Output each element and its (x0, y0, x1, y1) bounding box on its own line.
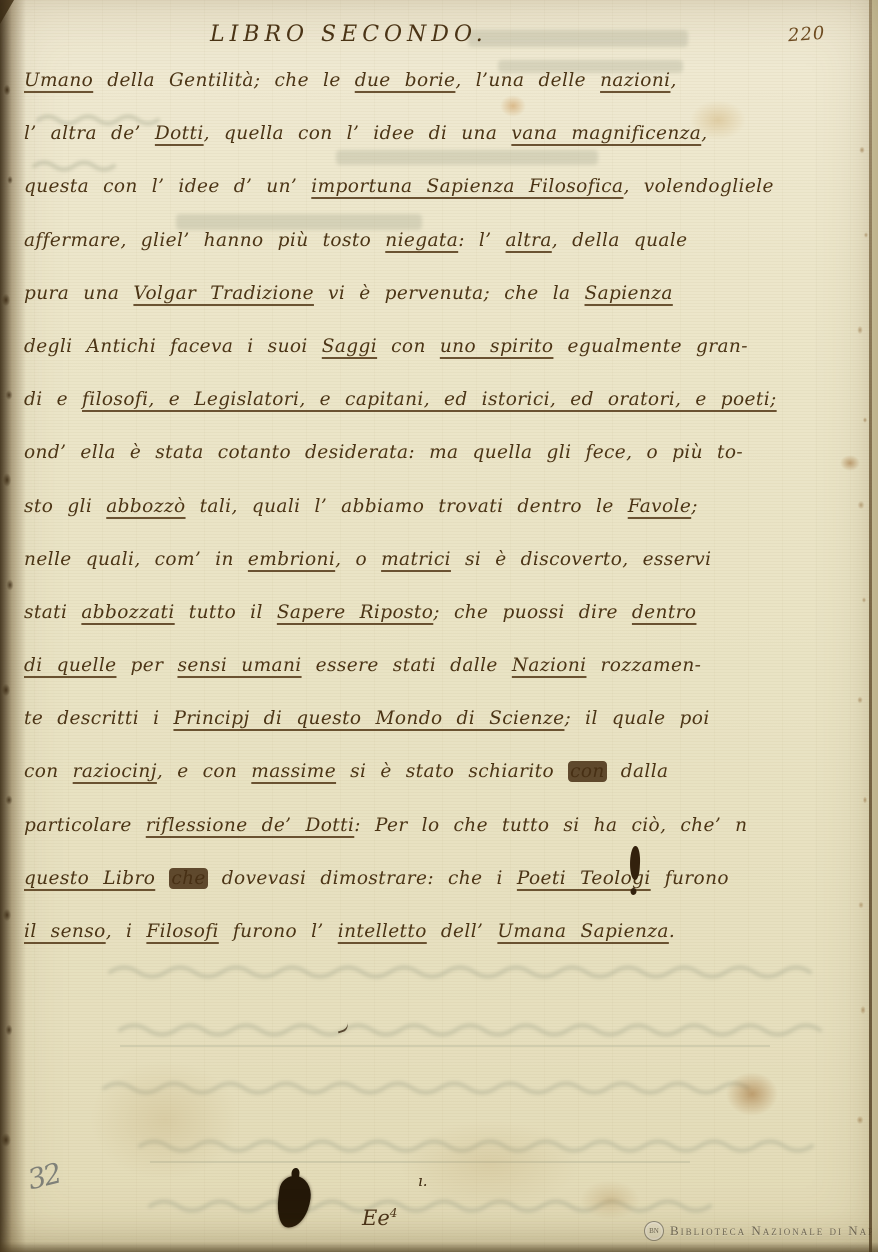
text-segment: , e con (157, 761, 251, 782)
text-segment: tutto il (175, 602, 277, 623)
text-segment: si è stato schiarito (336, 761, 568, 782)
paper-stain (400, 1120, 580, 1210)
library-logo-icon: BN (644, 1221, 664, 1241)
underlined-text-segment: Principj di questo Mondo di Scienze (173, 708, 564, 729)
text-segment: pura una (24, 283, 133, 304)
text-segment: , (701, 123, 707, 144)
text-segment: essere stati dalle (302, 655, 512, 676)
text-segment: . (669, 921, 675, 942)
ink-blot (275, 1174, 313, 1230)
text-segment: ; il quale poi (564, 708, 709, 729)
page-number: 220 (787, 23, 826, 47)
text-segment: tali, quali l’ abbiamo trovati dentro le (186, 496, 628, 517)
text-segment: , (670, 70, 676, 91)
manuscript-line: di e filosofi, e Legislatori, e capitani… (24, 389, 842, 442)
manuscript-line: questo Libro che dovevasi dimostrare: ch… (24, 868, 842, 921)
text-segment: della Gentilità; che le (93, 70, 355, 91)
quire-signature-letters: Ee (362, 1206, 390, 1230)
text-segment: dovevasi dimostrare: che i (208, 868, 517, 889)
manuscript-line: il senso, i Filosofi furono l’ intellett… (24, 921, 842, 974)
library-watermark-label: Biblioteca Nazionale di Napoli (670, 1223, 878, 1239)
manuscript-line: particolare riflessione de’ Dotti: Per l… (24, 815, 842, 868)
text-segment: con (377, 336, 440, 357)
manuscript-line: affermare, gliel’ hanno più tosto niegat… (24, 230, 842, 283)
underlined-text-segment: nazioni (600, 70, 670, 91)
page-edge-stains (848, 0, 876, 1252)
text-segment: : l’ (458, 230, 505, 251)
text-segment: , i (106, 921, 147, 942)
text-segment: l’ altra de’ (24, 123, 155, 144)
underlined-text-segment: Filosofi (146, 921, 218, 942)
text-segment: questa con l’ idee d’ un’ (24, 176, 311, 197)
underlined-text-segment: importuna Sapienza Filosofica (311, 176, 623, 197)
underlined-text-segment: vana magnificenza (511, 123, 701, 144)
underlined-text-segment: Volgar Tradizione (133, 283, 314, 304)
underlined-text-segment: Sapienza (585, 283, 673, 304)
underlined-text-segment: matrici (381, 549, 451, 570)
text-segment: affermare, gliel’ hanno più tosto (24, 230, 385, 251)
quire-signature: Ee4 (362, 1206, 397, 1230)
manuscript-line: stati abbozzati tutto il Sapere Riposto;… (24, 602, 842, 655)
quire-signature-superscript: 4 (390, 1206, 398, 1220)
manuscript-line: l’ altra de’ Dotti, quella con l’ idee d… (24, 123, 842, 176)
underlined-text-segment: sensi umani (177, 655, 301, 676)
text-segment: si è discoverto, esservi (451, 549, 712, 570)
manuscript-line: pura una Volgar Tradizione vi è pervenut… (24, 283, 842, 336)
underlined-text-segment: di quelle (24, 655, 117, 676)
underlined-text-segment: Dotti (155, 123, 204, 144)
underlined-text-segment: uno spirito (440, 336, 554, 357)
text-segment: ond’ ella è stata cotanto desiderata: ma… (24, 442, 743, 463)
text-segment: particolare (24, 815, 146, 836)
marginal-small-marks: ı. (418, 1172, 428, 1190)
manuscript-line: Umano della Gentilità; che le due borie,… (24, 70, 842, 123)
underlined-text-segment: due borie (355, 70, 456, 91)
paper-stain (726, 1072, 778, 1116)
underlined-text-segment: Saggi (322, 336, 377, 357)
underlined-text-segment: Umana Sapienza (497, 921, 668, 942)
text-segment: furono l’ (219, 921, 338, 942)
underlined-text-segment: riflessione de’ Dotti (146, 815, 355, 836)
manuscript-page-scan: LIBRO SECONDO. 220 Umano della Gentilità… (0, 0, 878, 1252)
manuscript-line: degli Antichi faceva i suoi Saggi con un… (24, 336, 842, 389)
cancelled-word: che (169, 868, 207, 889)
manuscript-line: te descritti i Principj di questo Mondo … (24, 708, 842, 761)
cancelled-word: con (568, 761, 607, 782)
text-segment: te descritti i (24, 708, 173, 729)
paper-stain (90, 1060, 240, 1180)
text-segment: sto gli (24, 496, 106, 517)
manuscript-line: ond’ ella è stata cotanto desiderata: ma… (24, 442, 842, 495)
manuscript-line: nelle quali, com’ in embrioni, o matrici… (24, 549, 842, 602)
underlined-text-segment: il senso (24, 921, 106, 942)
text-segment: stati (24, 602, 81, 623)
text-segment: ; che puossi dire (433, 602, 632, 623)
underlined-text-segment: Nazioni (512, 655, 587, 676)
text-segment: vi è pervenuta; che la (314, 283, 585, 304)
text-segment: dell’ (427, 921, 498, 942)
text-segment: nelle quali, com’ in (24, 549, 248, 570)
underlined-text-segment: abbozzò (106, 496, 185, 517)
manuscript-line: di quelle per sensi umani essere stati d… (24, 655, 842, 708)
text-segment: , quella con l’ idee di una (204, 123, 512, 144)
underlined-text-segment: altra (506, 230, 552, 251)
text-segment: egualmente gran- (553, 336, 747, 357)
text-segment: , o (335, 549, 381, 570)
text-segment: , volendogliele (623, 176, 773, 197)
underlined-text-segment: Umano (24, 70, 93, 91)
text-segment: , l’una delle (455, 70, 600, 91)
text-segment: con (24, 761, 73, 782)
underlined-text-segment: massime (251, 761, 336, 782)
text-segment: furono (651, 868, 729, 889)
underlined-text-segment: filosofi, e Legislatori, e capitani, ed … (82, 389, 777, 410)
manuscript-line: con raziocinj, e con massime si è stato … (24, 761, 842, 814)
manuscript-line: sto gli abbozzò tali, quali l’ abbiamo t… (24, 496, 842, 549)
text-segment: di e (24, 389, 82, 410)
underlined-text-segment: intelletto (338, 921, 427, 942)
text-segment: ; (691, 496, 698, 517)
text-segment: , della quale (552, 230, 688, 251)
manuscript-lines: Umano della Gentilità; che le due borie,… (24, 70, 842, 974)
manuscript-line: questa con l’ idee d’ un’ importuna Sapi… (24, 176, 842, 229)
text-segment: : Per lo che tutto si ha ciò, che’ n (354, 815, 747, 836)
text-segment: degli Antichi faceva i suoi (24, 336, 322, 357)
marginal-tick-mark (334, 1016, 350, 1033)
text-segment: dalla (607, 761, 669, 782)
underlined-text-segment: dentro (632, 602, 697, 623)
underlined-text-segment: abbozzati (81, 602, 174, 623)
text-segment: rozzamen- (586, 655, 701, 676)
page-title: LIBRO SECONDO. (210, 22, 488, 47)
underlined-text-segment: raziocinj (73, 761, 157, 782)
underlined-text-segment: Sapere Riposto (277, 602, 433, 623)
underlined-text-segment: questo Libro (24, 868, 155, 889)
text-segment (155, 868, 169, 889)
underlined-text-segment: embrioni (248, 549, 335, 570)
binding-gutter-spots (0, 0, 20, 1252)
library-watermark: BN Biblioteca Nazionale di Napoli (644, 1221, 878, 1241)
pencil-foliation-number: 32 (24, 1157, 63, 1197)
underlined-text-segment: Favole (628, 496, 691, 517)
bottom-edge-shadow (0, 1242, 878, 1252)
underlined-text-segment: niegata (385, 230, 458, 251)
text-segment: per (117, 655, 178, 676)
paper-stain (580, 1180, 640, 1220)
